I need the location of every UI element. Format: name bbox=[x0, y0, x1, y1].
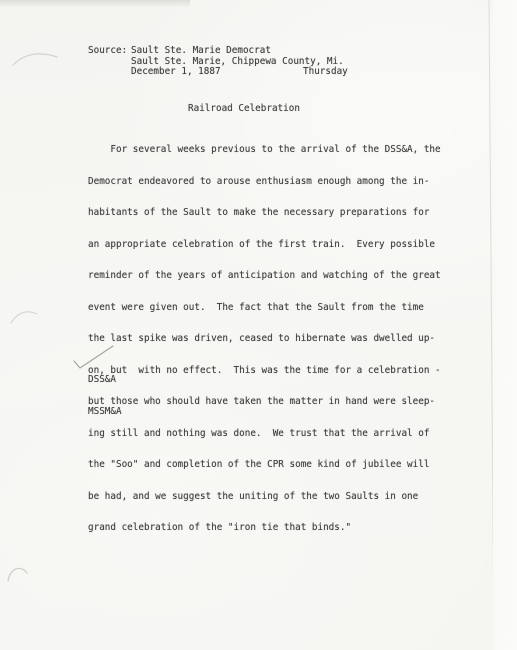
scan-top-shadow bbox=[0, 0, 190, 8]
article-line: event were given out. The fact that the … bbox=[88, 303, 441, 314]
publication-name: Sault Ste. Marie Democrat bbox=[131, 46, 271, 57]
article-line: reminder of the years of anticipation an… bbox=[88, 271, 441, 282]
scan-background-strip bbox=[493, 0, 517, 650]
margin-curve-mark-middle bbox=[11, 312, 37, 323]
article-line: be had, and we suggest the uniting of th… bbox=[88, 492, 441, 503]
footnote-block: DSS&A MSSM&A bbox=[88, 354, 122, 439]
article-title: Railroad Celebration bbox=[188, 104, 300, 115]
footnote-dssa: DSS&A bbox=[88, 375, 122, 386]
article-body: For several weeks previous to the arriva… bbox=[88, 124, 441, 555]
article-line: Democrat endeavored to arouse enthusiasm… bbox=[88, 177, 441, 188]
source-label: Source: bbox=[88, 46, 127, 57]
article-line: on, but with no effect. This was the tim… bbox=[88, 366, 441, 377]
article-line: the "Soo" and completion of the CPR some… bbox=[88, 460, 441, 471]
article-line: the last spike was driven, ceased to hib… bbox=[88, 334, 441, 345]
article-line: ing still and nothing was done. We trust… bbox=[88, 429, 441, 440]
margin-curve-mark-top bbox=[13, 54, 57, 65]
article-line: For several weeks previous to the arriva… bbox=[88, 145, 441, 156]
article-line: habitants of the Sault to make the neces… bbox=[88, 208, 441, 219]
margin-curve-mark-bottom bbox=[8, 568, 27, 581]
publication-weekday: Thursday bbox=[303, 67, 348, 78]
article-line: grand celebration of the "iron tie that … bbox=[88, 523, 441, 534]
article-line: but those who should have taken the matt… bbox=[88, 397, 441, 408]
scanned-page: Source: Sault Ste. Marie Democrat Sault … bbox=[0, 0, 517, 650]
article-line: an appropriate celebration of the first … bbox=[88, 240, 441, 251]
publication-date: December 1, 1887 bbox=[131, 67, 221, 78]
footnote-mssma: MSSM&A bbox=[88, 407, 122, 418]
